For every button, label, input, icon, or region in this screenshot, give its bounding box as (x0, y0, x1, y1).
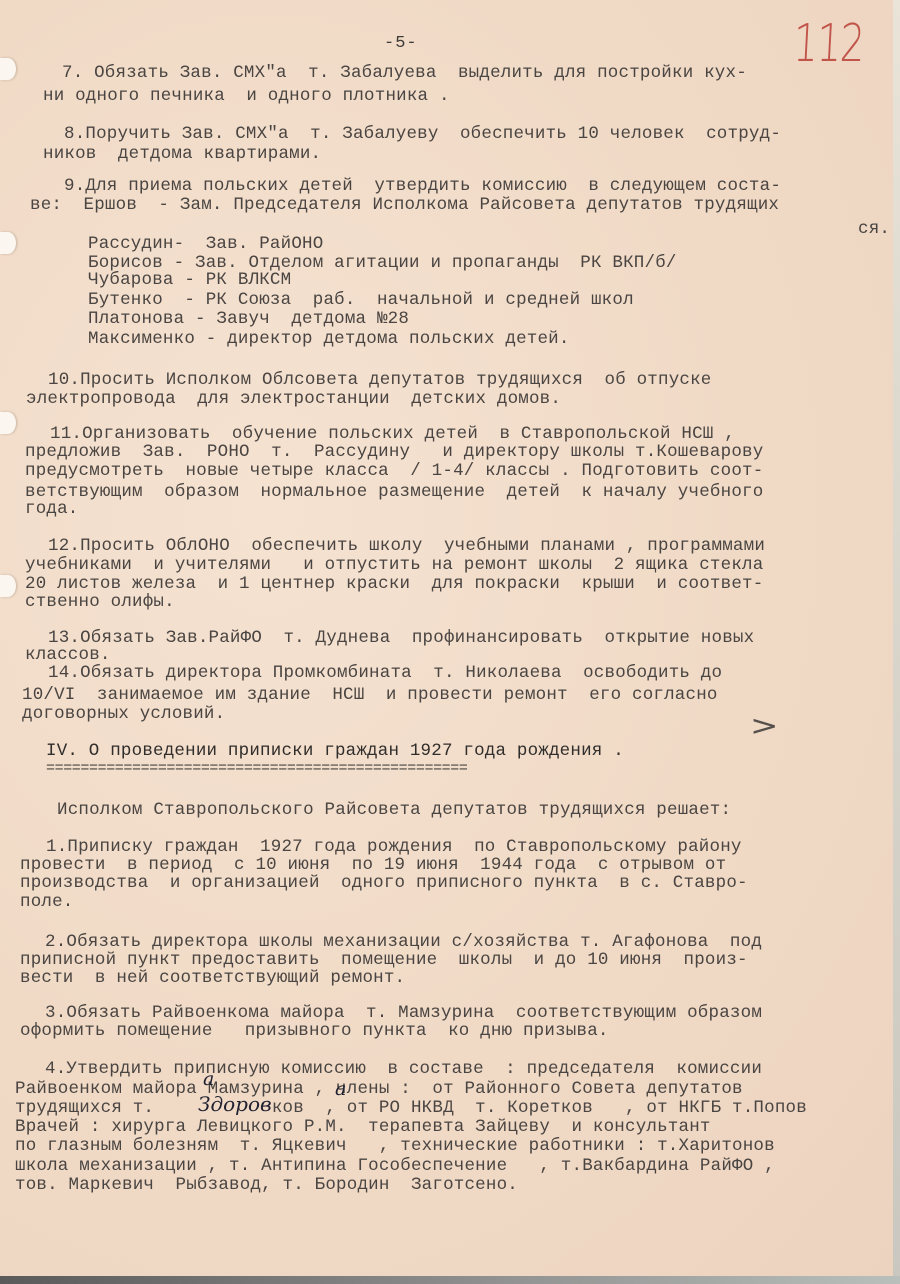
item-7-line: 7. Обязать Зав. СМХ"а т. Забалуева выдел… (62, 64, 747, 82)
handwritten-correction: а (203, 1068, 214, 1090)
section-item-4-line: Райвоенком майора Мамзурина , члены : от… (15, 1080, 743, 1098)
item-11-line: ветствующим образом нормальное размещени… (25, 483, 763, 501)
scan-edge-right (893, 0, 900, 1284)
item-12-line: 20 листов железа и 1 центнер краски для … (25, 575, 763, 593)
punch-hole (0, 575, 16, 597)
handwritten-name-insert: Здоров (198, 1092, 272, 1116)
section-item-4-line: по глазным болезням т. Яцкевич , техниче… (15, 1137, 775, 1155)
item-11-line: года. (25, 500, 79, 518)
commission-member: Рассудин- Зав. РайОНО (88, 235, 323, 253)
item-12-line: учебниками и учителями и отпустить на ре… (25, 556, 763, 574)
item-12-line: 12.Просить ОблОНО обеспечить школу учебн… (48, 537, 765, 555)
section-item-1-line: провести в период с 10 июня по 19 июня 1… (20, 856, 726, 874)
section-preamble: Исполком Ставропольского Райсовета депут… (57, 801, 731, 819)
section-item-2-line: вести в ней соответствующий ремонт. (20, 969, 405, 987)
item-13-line: 13.Обязать Зав.РайФО т. Дуднева профинан… (48, 629, 754, 647)
section-item-1-line: 1.Приписку граждан 1927 года рождения по… (46, 838, 742, 856)
section-item-2-line: приписной пункт предоставить помещение ш… (20, 951, 748, 969)
handwritten-correction: а (335, 1078, 346, 1100)
section-item-4-line: Врачей : хирурга Левицкого Р.М. терапевт… (15, 1118, 711, 1136)
margin-check-mark: > (750, 710, 779, 742)
section-item-1-line: производства и организацией одного припи… (20, 874, 748, 892)
scan-edge-bottom (0, 1276, 900, 1284)
item-9-line: ся. (858, 220, 890, 238)
commission-member: Бутенко - РК Союза раб. начальной и сред… (88, 291, 634, 309)
document-page: -5- 112 7. Обязать Зав. СМХ"а т. Забалуе… (0, 0, 893, 1276)
item-14-line: договорных условий. (22, 705, 225, 723)
item-8-line: ников детдома квартирами. (43, 145, 321, 163)
item-9-line: 9.Для приема польских детей утвердить ко… (64, 177, 781, 195)
section-item-1-line: поле. (20, 893, 74, 911)
punch-hole (0, 58, 16, 80)
punch-hole (0, 232, 16, 254)
punch-hole (0, 412, 16, 434)
page-number: -5- (384, 34, 418, 53)
section-item-4-line: тов. Маркевич Рыбзавод, т. Бородин Загот… (15, 1176, 518, 1194)
item-13-line: классов. (25, 646, 111, 664)
archive-folio-number: 112 (792, 14, 865, 74)
section-item-4-line: трудящихся т. ков , от РО НКВД т. Коретк… (15, 1099, 807, 1117)
item-12-line: ственно олифы. (25, 593, 175, 611)
item-14-line: 14.Обязать директора Промкомбината т. Ни… (48, 664, 722, 682)
item-7-line: ни одного печника и одного плотника . (43, 87, 450, 105)
item-9-line: ве: Ершов - Зам. Председателя Исполкома … (30, 196, 779, 214)
item-11-line: предложив Зав. РОНО т. Рассудину и дирек… (25, 443, 763, 461)
item-14-line: 10/VI занимаемое им здание НСШ и провест… (22, 686, 718, 704)
item-10-line: 10.Просить Исполком Облсовета депутатов … (48, 371, 712, 389)
item-10-line: электропровода для электростанции детски… (26, 390, 561, 408)
item-11-line: предусмотреть новые четыре класса / 1-4/… (25, 462, 763, 480)
commission-member: Чубарова - РК ВЛКСМ (88, 271, 291, 289)
section-item-2-line: 2.Обязать директора школы механизации с/… (45, 933, 762, 951)
section-heading: IV. О проведении приписки граждан 1927 г… (46, 742, 624, 760)
item-8-line: 8.Поручить Зав. СМХ"а т. Забалуеву обесп… (64, 125, 781, 143)
section-item-4-line: школа механизации , т. Антипина Гособесп… (15, 1157, 775, 1175)
section-item-3-line: оформить помещение призывного пункта ко … (20, 1022, 609, 1040)
commission-member: Платонова - Завуч детдома №28 (88, 310, 409, 328)
section-item-4-line: 4.Утвердить приписную комиссию в составе… (45, 1060, 762, 1078)
item-11-line: 11.Организовать обучение польских детей … (50, 425, 735, 443)
section-heading-underline: ========================================… (46, 760, 467, 778)
section-item-3-line: 3.Обязать Райвоенкома майора т. Мамзурин… (45, 1004, 762, 1022)
commission-member: Максименко - директор детдома польских д… (88, 330, 570, 348)
